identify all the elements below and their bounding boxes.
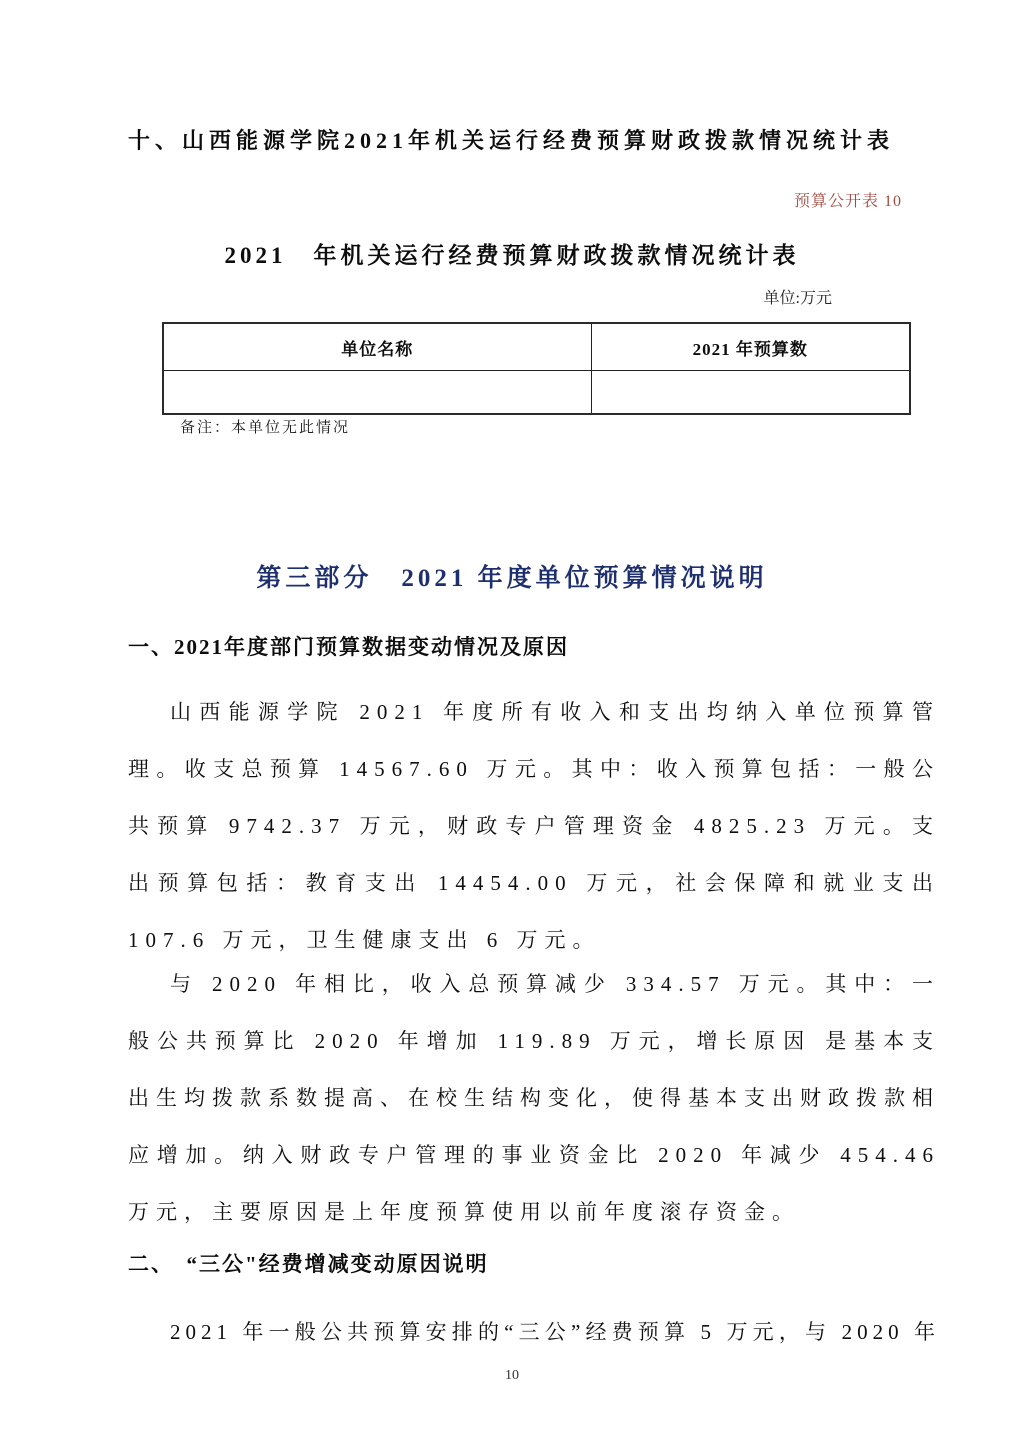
- page-number: 10: [0, 1368, 1024, 1384]
- table-header-unit-name: 单位名称: [163, 323, 591, 371]
- part-three-heading: 第三部分 2021 年度单位预算情况说明: [0, 558, 1024, 594]
- operating-funds-table: 单位名称 2021 年预算数: [162, 322, 911, 415]
- table-remark: 备注：本单位无此情况: [180, 416, 350, 437]
- table-row: [163, 371, 910, 415]
- table-cell-unit-name: [163, 371, 591, 415]
- document-page: 十、山西能源学院2021年机关运行经费预算财政拨款情况统计表 预算公开表 10 …: [0, 0, 1024, 1448]
- unit-of-measure-note: 单位:万元: [764, 285, 832, 308]
- table-header-row: 单位名称 2021 年预算数: [163, 323, 910, 371]
- section-two-heading: 二、 “三公"经费增减变动原因说明: [128, 1248, 489, 1278]
- table-header-budget-2021: 2021 年预算数: [591, 323, 910, 371]
- section-ten-heading: 十、山西能源学院2021年机关运行经费预算财政拨款情况统计表: [128, 124, 894, 155]
- section-one-paragraph-1: 山西能源学院 2021 年度所有收入和支出均纳入单位预算管理。收支总预算 145…: [128, 684, 940, 969]
- table-cell-budget-2021: [591, 371, 910, 415]
- section-one-paragraph-2: 与 2020 年相比，收入总预算减少 334.57 万元。其中：一般公共预算比 …: [128, 956, 940, 1241]
- budget-disclosure-table-label: 预算公开表 10: [794, 188, 902, 211]
- section-two-paragraph-1: 2021 年一般公共预算安排的“三公”经费预算 5 万元，与 2020 年: [128, 1304, 940, 1361]
- statistics-table-title: 2021 年机关运行经费预算财政拨款情况统计表: [0, 237, 1024, 270]
- section-one-heading: 一、2021年度部门预算数据变动情况及原因: [128, 631, 569, 661]
